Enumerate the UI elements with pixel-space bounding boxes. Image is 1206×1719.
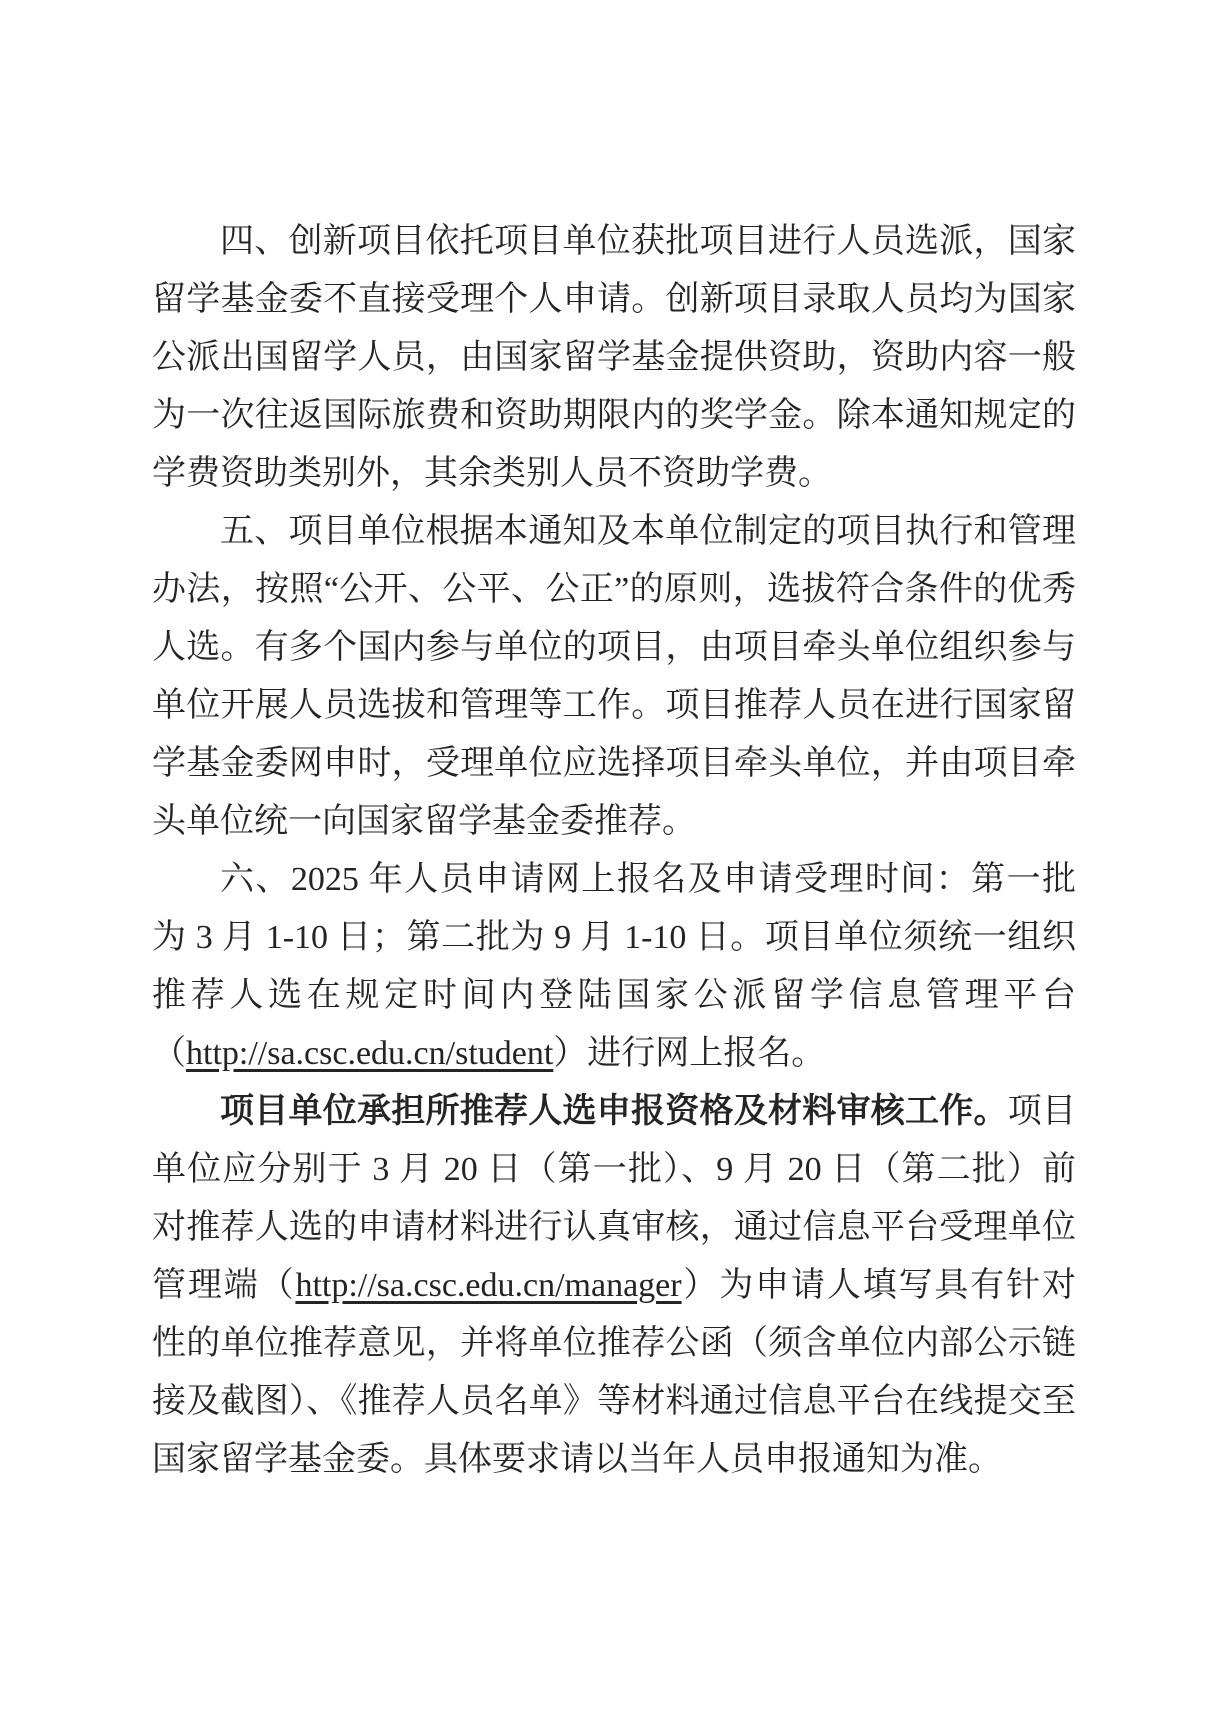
document-page: 四、创新项目依托项目单位获批项目进行人员选派，国家留学基金委不直接受理个人申请。… [0,0,1206,1719]
paragraph-section-5: 五、项目单位根据本通知及本单位制定的项目执行和管理办法，按照“公开、公平、公正”… [152,503,1076,851]
paragraph-review-requirements: 项目单位承担所推荐人选申报资格及材料审核工作。项目单位应分别于 3 月 20 日… [152,1083,1076,1489]
document-body: 四、创新项目依托项目单位获批项目进行人员选派，国家留学基金委不直接受理个人申请。… [152,213,1076,1489]
text-run: 四、创新项目依托项目单位获批项目进行人员选派，国家留学基金委不直接受理个人申请。… [152,223,1076,492]
text-run: 项目单位承担所推荐人选申报资格及材料审核工作。 [220,1093,1008,1130]
url-link[interactable]: http://sa.csc.edu.cn/manager [295,1267,681,1304]
paragraph-section-4: 四、创新项目依托项目单位获批项目进行人员选派，国家留学基金委不直接受理个人申请。… [152,213,1076,503]
url-link[interactable]: http://sa.csc.edu.cn/student [186,1035,553,1072]
text-run: 五、项目单位根据本通知及本单位制定的项目执行和管理办法，按照“公开、公平、公正”… [152,513,1076,840]
text-run: ）进行网上报名。 [553,1035,825,1072]
paragraph-section-6: 六、2025 年人员申请网上报名及申请受理时间：第一批为 3 月 1-10 日；… [152,851,1076,1083]
